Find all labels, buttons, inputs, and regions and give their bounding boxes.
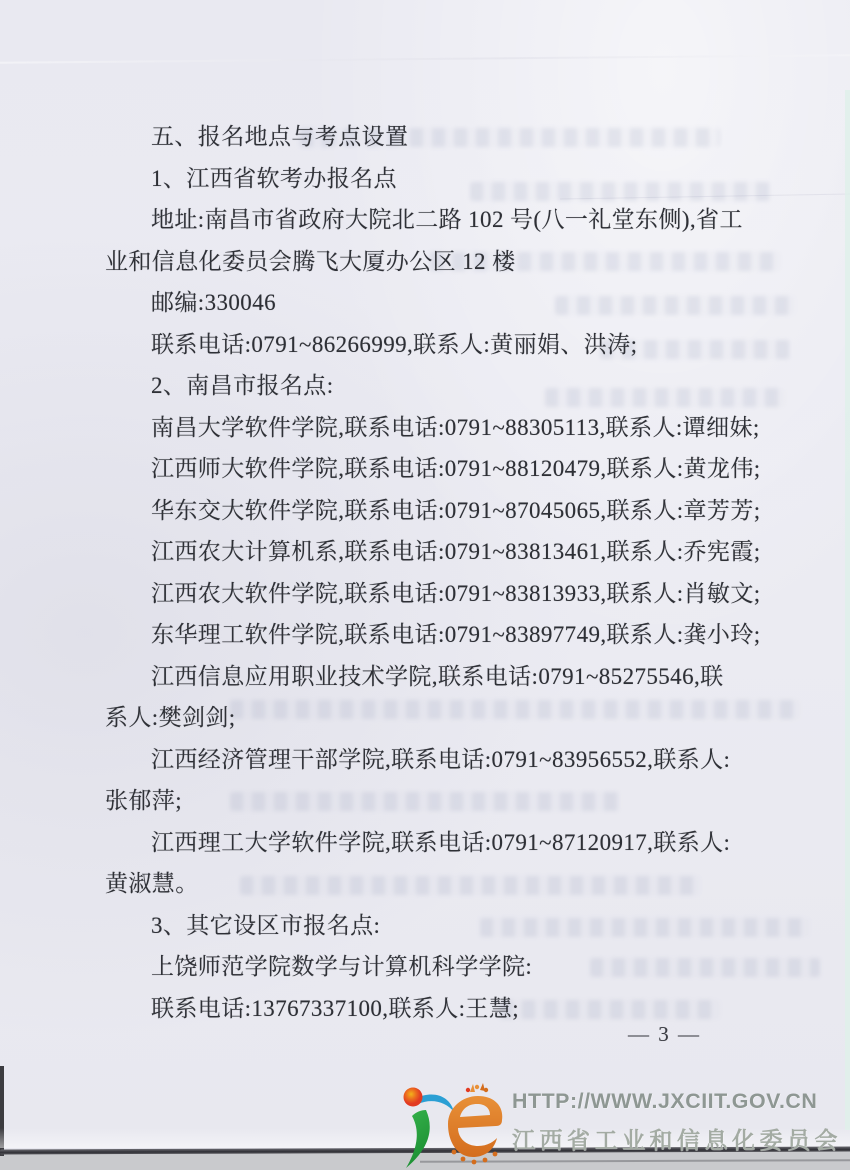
text-line: 黄淑慧。: [105, 863, 749, 905]
text-line: 邮编:330046: [105, 282, 749, 324]
logo-sun-dot: [404, 1088, 423, 1107]
jxciit-logo-icon: [396, 1082, 514, 1170]
text-line: 江西师大软件学院,联系电话:0791~88120479,联系人:黄龙伟;: [105, 448, 749, 490]
text-line: 地址:南昌市省政府大院北二路 102 号(八一礼堂东侧),省工: [105, 199, 749, 241]
text-line: 南昌大学软件学院,联系电话:0791~88305113,联系人:谭细妹;: [105, 407, 749, 449]
logo-green-swoosh: [406, 1110, 430, 1168]
footer-org-name: 江西省工业和信息化委员会: [512, 1122, 842, 1155]
logo-e-glyph: [448, 1083, 502, 1164]
text-line: 3、其它设区市报名点:: [105, 905, 749, 947]
footer-watermark: HTTP://WWW.JXCIIT.GOV.CN 江西省工业和信息化委员会: [396, 1082, 850, 1170]
scan-edge-artifact: [845, 90, 850, 1130]
text-line: 业和信息化委员会腾飞大厦办公区 12 楼: [105, 241, 749, 283]
text-line: 五、报名地点与考点设置: [105, 116, 749, 158]
text-line: 江西农大软件学院,联系电话:0791~83813933,联系人:肖敏文;: [105, 573, 749, 615]
text-line: 1、江西省软考办报名点: [105, 158, 749, 200]
text-line: 江西理工大学软件学院,联系电话:0791~87120917,联系人:: [105, 822, 749, 864]
text-line: 东华理工软件学院,联系电话:0791~83897749,联系人:龚小玲;: [105, 614, 749, 656]
footer-url: HTTP://WWW.JXCIIT.GOV.CN: [512, 1090, 817, 1114]
text-line: 江西信息应用职业技术学院,联系电话:0791~85275546,联: [105, 656, 749, 698]
text-line: 联系电话:0791~86266999,联系人:黄丽娟、洪涛;: [105, 324, 749, 366]
text-line: 张郁萍;: [105, 780, 749, 822]
text-line: 华东交大软件学院,联系电话:0791~87045065,联系人:章芳芳;: [105, 490, 749, 532]
text-line: 系人:樊剑剑;: [105, 697, 749, 739]
scanned-page: 五、报名地点与考点设置1、江西省软考办报名点地址:南昌市省政府大院北二路 102…: [0, 0, 850, 1152]
text-line: 江西经济管理干部学院,联系电话:0791~83956552,联系人:: [105, 739, 749, 781]
text-line: 江西农大计算机系,联系电话:0791~83813461,联系人:乔宪霞;: [105, 531, 749, 573]
page-number: — 3 —: [628, 1022, 758, 1047]
paper-crease: [0, 54, 850, 63]
text-line: 2、南昌市报名点:: [105, 365, 749, 407]
document-body: 五、报名地点与考点设置1、江西省软考办报名点地址:南昌市省政府大院北二路 102…: [105, 116, 749, 1029]
text-line: 上饶师范学院数学与计算机科学学院:: [105, 946, 749, 988]
